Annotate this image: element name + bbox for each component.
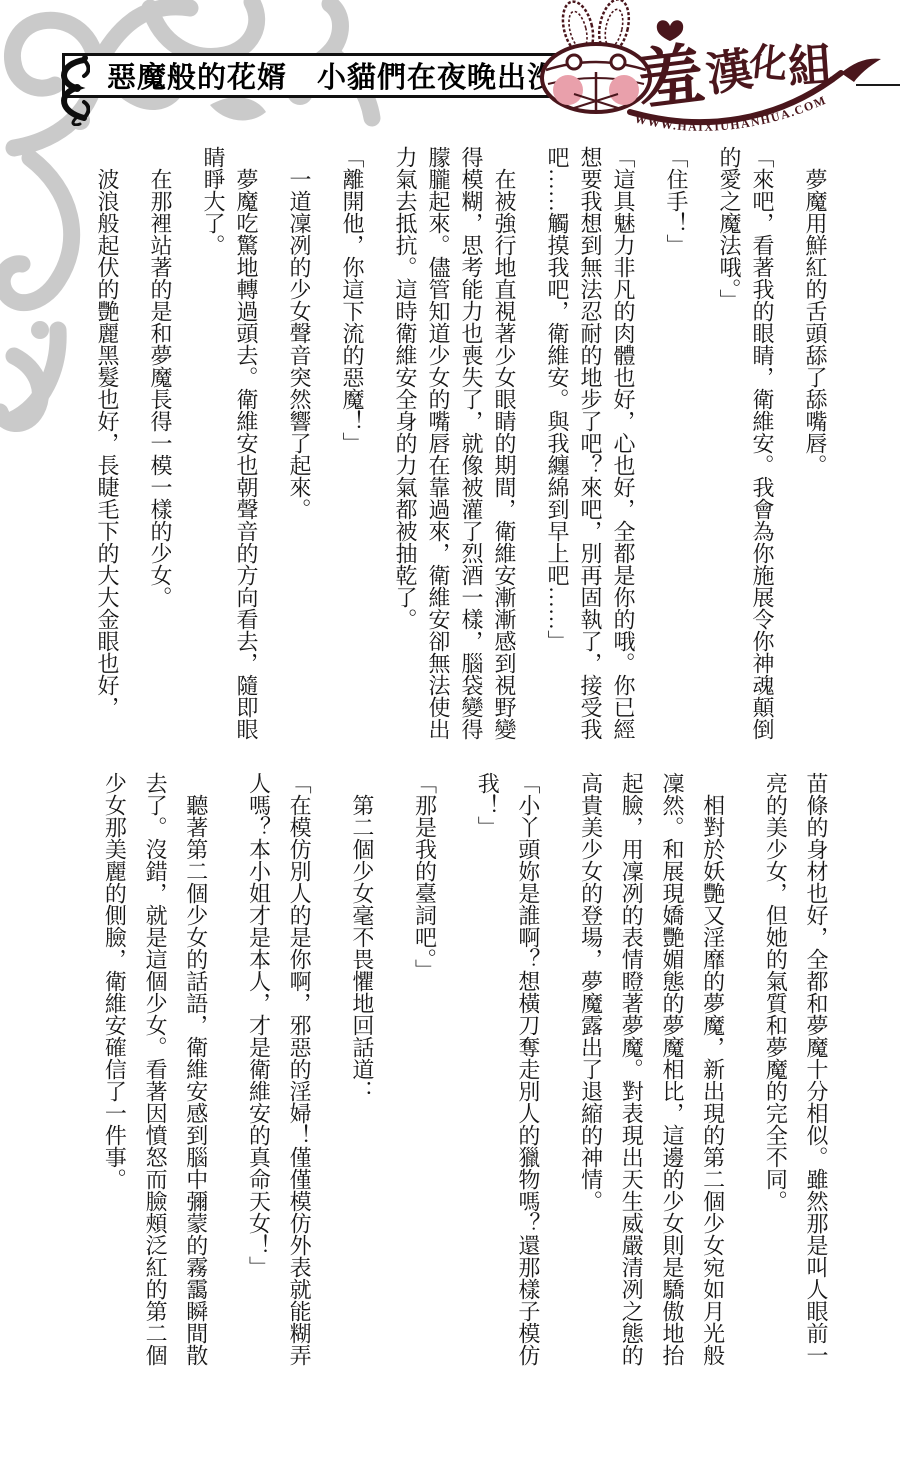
- text-block-bottom: 苗條的身材也好，全都和夢魔十分相似。雖然那是叫人眼前一亮的美少女，但她的氣質和夢…: [72, 772, 836, 1384]
- paragraph: 一道凜冽的少女聲音突然響了起來。: [283, 146, 316, 754]
- paragraph: 「小丫頭妳是誰啊？想橫刀奪走別人的獵物嗎？還那樣子模仿我！」: [467, 772, 548, 1384]
- paragraph: 在被強行地直視著少女眼睛的期間，衛維安漸漸感到視野變得模糊，思考能力也喪失了，就…: [389, 146, 521, 754]
- paragraph: 「在模仿別人的是你啊，邪惡的淫婦！僅僅模仿外表就能糊弄人嗎？本小姐才是本人，才是…: [238, 772, 319, 1384]
- novel-page: { "header": { "title": "惡魔般的花婿 小貓們在夜晚出沒"…: [0, 0, 900, 1477]
- clasp-icon: [50, 56, 90, 126]
- paragraph: 「住手！」: [660, 146, 693, 754]
- paragraph: 相對於妖艷又淫靡的夢魔，新出現的第二個少女宛如月光般凜然。和展現嬌艷媚態的夢魔相…: [570, 772, 733, 1384]
- paragraph: 苗條的身材也好，全都和夢魔十分相似。雖然那是叫人眼前一亮的美少女，但她的氣質和夢…: [755, 772, 836, 1384]
- paragraph: 「離開他，你這下流的惡魔！」: [336, 146, 369, 754]
- paragraph: 聽著第二個少女的話語，衛維安感到腦中彌蒙的霧靄瞬間散去了。沒錯，就是這個少女。看…: [94, 772, 216, 1384]
- page-title: 惡魔般的花婿 小貓們在夜晚出沒: [65, 55, 557, 96]
- paragraph: 「這具魅力非凡的肉體也好，心也好，全都是你的哦。你已經想要我想到無法忍耐的地步了…: [541, 146, 640, 754]
- paragraph: 「來吧，看著我的眼睛，衛維安。我會為你施展令你神魂顛倒的愛之魔法哦。」: [713, 146, 779, 754]
- paragraph: 第二個少女毫不畏懼地回話道：: [341, 772, 382, 1384]
- svg-text:羞: 羞: [634, 38, 708, 118]
- text-block-top: 夢魔用鮮紅的舌頭舔了舔嘴唇。 「來吧，看著我的眼睛，衛維安。我會為你施展令你神魂…: [91, 146, 832, 754]
- title-bar: 惡魔般的花婿 小貓們在夜晚出沒: [62, 53, 558, 98]
- paragraph: 夢魔用鮮紅的舌頭舔了舔嘴唇。: [799, 146, 832, 754]
- rabbit-logo-icon: [542, 0, 650, 112]
- paragraph: 夢魔吃驚地轉過頭去。衛維安也朝聲音的方向看去，隨即眼睛睜大了。: [197, 146, 263, 754]
- svg-text:化: 化: [746, 41, 789, 87]
- paragraph: 「那是我的臺詞吧。」: [404, 772, 445, 1384]
- paragraph: 在那裡站著的是和夢魔長得一模一樣的少女。: [144, 146, 177, 754]
- heart-icon: [657, 20, 683, 41]
- paragraph: 波浪般起伏的艷麗黑髮也好，長睫毛下的大大金眼也好，: [91, 146, 124, 754]
- logo: 羞 漢 化 組 WWW.HAIXIUHANHUA.COM: [538, 0, 900, 140]
